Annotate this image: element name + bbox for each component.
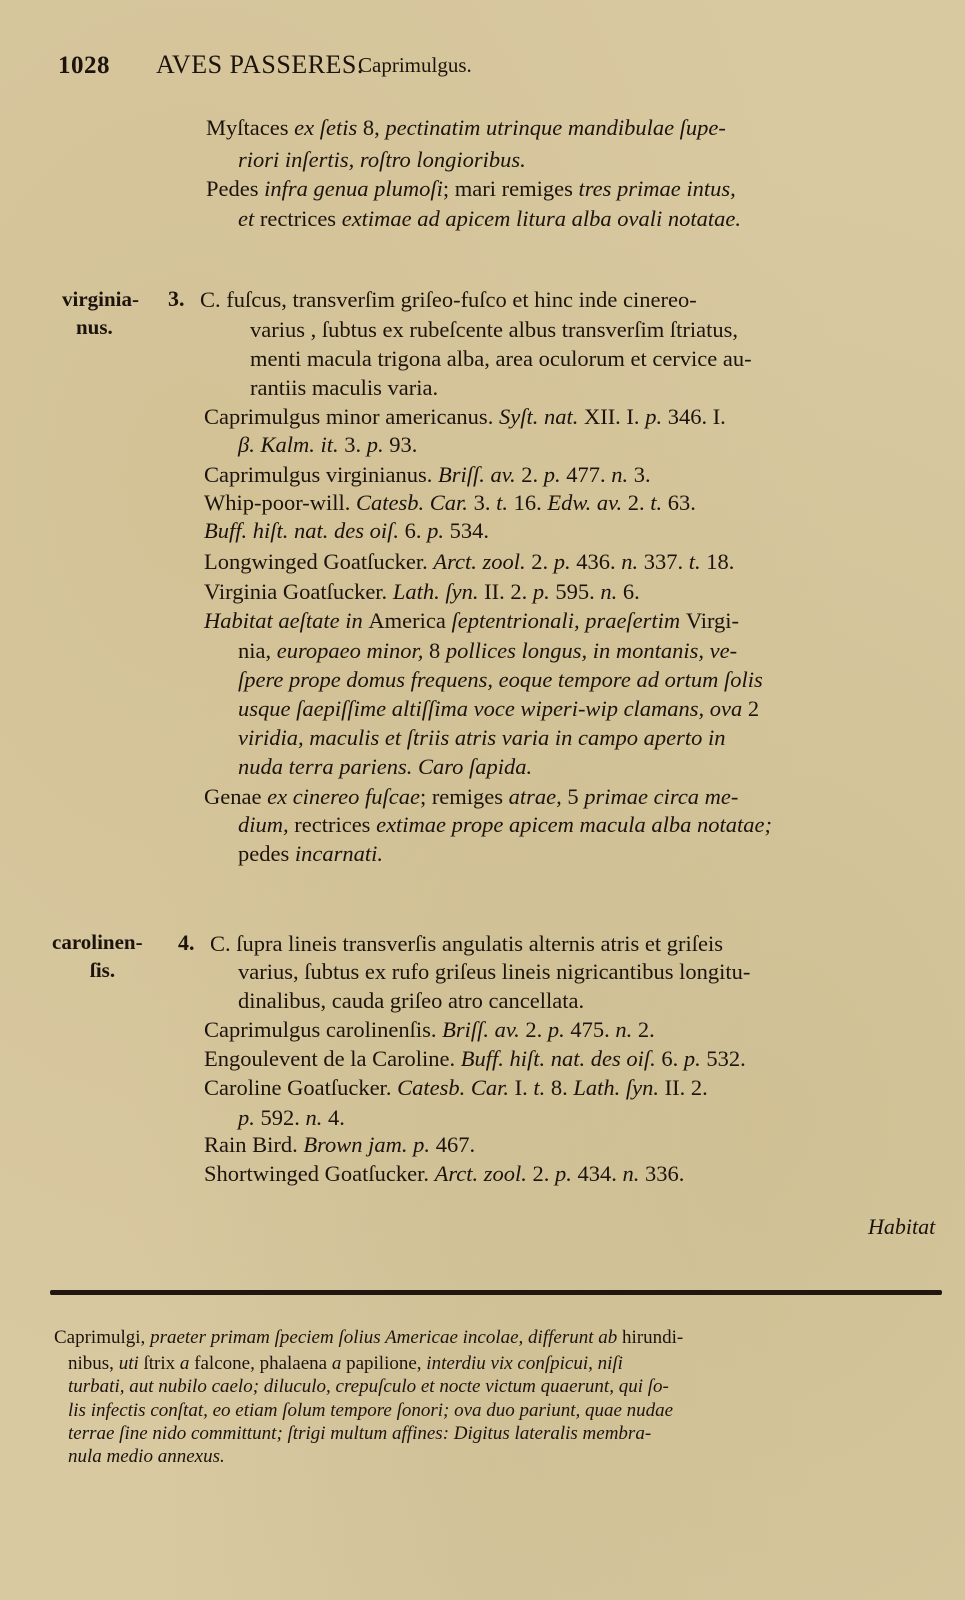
text-run: Briſſ. av. [442,1017,525,1042]
text-run: 336. [645,1161,684,1186]
species-number-4: 4. [178,930,195,956]
text-run: 346. I. [668,404,726,429]
text-run: β. Kalm. it. [238,432,344,457]
text-run: Rain Bird. [204,1132,303,1157]
text-run: varius, ſubtus ex rufo griſeus lineis ni… [238,959,750,984]
text-run: ex ſetis [294,115,363,140]
text-line: varius , ſubtus ex rubeſcente albus tran… [250,316,738,344]
text-run: t. [533,1075,551,1100]
text-run: 93. [389,432,417,457]
text-run: 8, [363,115,386,140]
text-run: 337. [644,549,689,574]
text-run: a [332,1353,346,1374]
text-line: pedes incarnati. [238,840,383,868]
text-line: dinalibus, cauda griſeo atro cancellata. [238,987,584,1015]
text-run: dium, [238,812,294,837]
text-run: Engoulevent de la Caroline. [204,1046,461,1071]
text-run: tres primae intus, [578,176,735,201]
text-run: 2. [533,1161,556,1186]
text-run: et [238,206,260,231]
text-line: et rectrices extimae ad apicem litura al… [238,205,741,233]
text-line: viridia, maculis et ſtriis atris varia i… [238,724,726,752]
text-line: usque ſaepiſſime altiſſima voce wiperi-w… [238,695,759,723]
text-run: 2. [521,462,544,487]
text-line: Shortwinged Goatſucker. Arct. zool. 2. p… [204,1160,684,1188]
text-run: 2. [628,490,651,515]
text-run: 4. [328,1105,345,1130]
text-run: infra genua plumoſi [264,176,443,201]
text-run: falcone, phalaena [194,1353,332,1374]
text-run: rantiis maculis varia. [250,375,438,400]
text-run: nuda terra pariens. Caro ſapida. [238,754,532,779]
text-run: extimae ad apicem litura alba ovali nota… [342,206,741,231]
text-run: dinalibus, cauda griſeo atro cancellata. [238,988,584,1013]
text-run: 434. [578,1161,623,1186]
text-run: menti macula trigona alba, area oculorum… [250,346,752,371]
text-run: nia, [238,638,277,663]
text-run: Myſtaces [206,115,294,140]
text-line: menti macula trigona alba, area oculorum… [250,345,752,373]
text-run: 475. [570,1017,615,1042]
species-name-carolinensis-2: ſis. [90,958,115,983]
text-run: Arct. zool. [435,1161,533,1186]
text-line: dium, rectrices extimae prope apicem mac… [238,811,772,839]
text-run: C. ſupra lineis transverſis angulatis al… [210,931,723,956]
text-run: 2. [531,549,554,574]
text-run: europaeo minor, [277,638,429,663]
text-run: p. [427,518,450,543]
text-run: incarnati. [295,841,383,866]
text-run: rectrices [260,206,342,231]
text-run: Catesb. Car. [397,1075,515,1100]
text-run: 467. [436,1132,475,1157]
text-run: I. [515,1075,534,1100]
text-line: varius, ſubtus ex rufo griſeus lineis ni… [238,958,750,986]
text-line: Caprimulgi, praeter primam ſpeciem ſoliu… [54,1326,683,1350]
text-run: Lath. ſyn. [573,1075,664,1100]
text-line: Longwinged Goatſucker. Arct. zool. 2. p.… [204,548,734,576]
text-run: interdiu vix conſpicui, niſi [426,1353,623,1374]
text-run: II. 2. [484,579,533,604]
text-run: nibus, [68,1353,119,1374]
text-run: Syſt. nat. [499,404,584,429]
text-run: primae circa me- [584,784,738,809]
text-run: Pedes [206,176,264,201]
text-run: lis infectis conſtat, eo etiam ſolum tem… [68,1400,673,1421]
text-run: a [180,1353,194,1374]
text-run: Arct. zool. [433,549,531,574]
text-run: ex cinereo fuſcae [267,784,420,809]
text-run: pollices longus, in montanis, ve- [446,638,737,663]
text-line: p. 592. n. 4. [238,1104,345,1132]
text-run: 534. [450,518,489,543]
text-run: Genae [204,784,267,809]
text-line: Virginia Goatſucker. Lath. ſyn. II. 2. p… [204,578,640,606]
text-run: Lath. ſyn. [393,579,484,604]
text-run: n. [611,462,634,487]
text-run: 18. [706,549,734,574]
text-line: nia, europaeo minor, 8 pollices longus, … [238,637,737,665]
text-run: Catesb. Car. [356,490,474,515]
text-line: C. fuſcus, transverſim griſeo-fuſco et h… [200,286,697,314]
text-run: viridia, maculis et ſtriis atris varia i… [238,725,726,750]
text-run: p. [645,404,668,429]
text-run: Caprimulgus minor americanus. [204,404,499,429]
text-line: Pedes infra genua plumoſi; mari remiges … [206,175,736,203]
text-run: 477. [566,462,611,487]
text-run: Caprimulgi, [54,1327,150,1348]
text-run: ſpere prope domus frequens, eoque tempor… [238,667,763,692]
text-run: atrae, [509,784,568,809]
footnote-divider [50,1290,942,1295]
text-run: nula medio annexus. [68,1446,225,1467]
text-run: t. [650,490,668,515]
text-run: rectrices [294,812,376,837]
text-run: ſeptentrionali, praeſertim [451,608,685,633]
text-run: p. [548,1017,571,1042]
text-run: Caprimulgus virginianus. [204,462,438,487]
text-run: n. [615,1017,638,1042]
text-run: n. [600,579,623,604]
text-run: 592. [261,1105,306,1130]
text-line: nuda terra pariens. Caro ſapida. [238,753,532,781]
text-run: 2 [748,696,759,721]
text-line: Caprimulgus virginianus. Briſſ. av. 2. p… [204,461,651,489]
text-run: p. [533,579,556,604]
text-run: 6. [405,518,428,543]
text-line: terrae ſine nido committunt; ſtrigi mult… [68,1422,651,1446]
text-line: Caprimulgus minor americanus. Syſt. nat.… [204,403,726,431]
text-line: Whip-poor-will. Catesb. Car. 3. t. 16. E… [204,489,696,517]
text-run: praeter primam ſpeciem ſolius Americae i… [150,1327,622,1348]
text-run: p. [367,432,390,457]
text-run: ; mari remiges [443,176,579,201]
text-run: Edw. av. [547,490,627,515]
text-run: C. fuſcus, transverſim griſeo-fuſco et h… [200,287,697,312]
text-run: 6. [623,579,640,604]
text-run: 2. [638,1017,655,1042]
text-line: nibus, uti ſtrix a falcone, phalaena a p… [68,1352,623,1376]
text-run: n. [623,1161,646,1186]
text-line: Caroline Goatſucker. Catesb. Car. I. t. … [204,1074,708,1102]
text-run: ; remiges [420,784,509,809]
text-run: Buff. hiſt. nat. des oiſ. [204,518,405,543]
species-name-virginianus-1: virginia- [62,287,139,312]
text-run: pedes [238,841,295,866]
text-run: Whip-poor-will. [204,490,356,515]
text-run: Habitat aeſtate in [204,608,368,633]
text-line: β. Kalm. it. 3. p. 93. [238,431,417,459]
text-line: rantiis maculis varia. [250,374,438,402]
text-run: varius , ſubtus ex rubeſcente albus tran… [250,317,738,342]
text-run: Virginia Goatſucker. [204,579,393,604]
text-run: Virgi- [686,608,739,633]
text-run: II. 2. [665,1075,708,1100]
text-run: n. [306,1105,329,1130]
text-line: Rain Bird. Brown jam. p. 467. [204,1131,475,1159]
text-line: Caprimulgus carolinenſis. Briſſ. av. 2. … [204,1016,655,1044]
running-title: AVES PASSERES. [156,50,364,80]
text-run: t. [496,490,514,515]
text-run: 16. [514,490,548,515]
text-run: Buff. hiſt. nat. des oiſ. [461,1046,662,1071]
species-name-virginianus-2: nus. [76,315,113,340]
text-run: 5 [567,784,584,809]
text-line: Myſtaces ex ſetis 8, pectinatim utrinque… [206,114,726,142]
text-line: turbati, aut nubilo caelo; diluculo, cre… [68,1375,669,1399]
text-line: Habitat aeſtate in America ſeptentrional… [204,607,739,635]
running-head-genus: Caprimulgus. [358,53,472,78]
text-run: p. [238,1105,261,1130]
text-run: 8 [429,638,446,663]
text-run: Brown jam. p. [303,1132,435,1157]
text-line: riori inſertis, roſtro longioribus. [238,146,526,174]
text-run: p. [544,462,567,487]
text-run: hirundi- [622,1327,683,1348]
text-run: papilione, [346,1353,426,1374]
text-run: pectinatim utrinque mandibulae ſupe- [385,115,726,140]
book-page: 1028 AVES PASSERES. Caprimulgus. Myſtace… [0,0,965,1600]
text-run: 6. [661,1046,684,1071]
text-run: n. [621,549,644,574]
text-run: 595. [555,579,600,604]
text-line: lis infectis conſtat, eo etiam ſolum tem… [68,1399,673,1423]
text-run: uti [119,1353,144,1374]
text-run: terrae ſine nido committunt; ſtrigi mult… [68,1423,651,1444]
text-run: XII. I. [584,404,645,429]
text-line: Engoulevent de la Caroline. Buff. hiſt. … [204,1045,746,1073]
text-run: 3. [634,462,651,487]
text-run: Longwinged Goatſucker. [204,549,433,574]
text-run: usque ſaepiſſime altiſſima voce wiperi-w… [238,696,748,721]
text-run: Caprimulgus carolinenſis. [204,1017,442,1042]
text-run: Caroline Goatſucker. [204,1075,397,1100]
page-number: 1028 [58,52,110,80]
text-run: riori inſertis, roſtro longioribus. [238,147,526,172]
text-run: 8. [551,1075,574,1100]
text-run: p. [684,1046,707,1071]
species-number-3: 3. [168,286,185,312]
catchword: Habitat [868,1214,935,1240]
text-run: p. [555,1161,578,1186]
text-line: C. ſupra lineis transverſis angulatis al… [210,930,723,958]
text-line: nula medio annexus. [68,1445,225,1469]
text-run: America [368,608,451,633]
text-run: 3. [344,432,367,457]
text-run: 63. [668,490,696,515]
text-run: p. [554,549,577,574]
text-line: Buff. hiſt. nat. des oiſ. 6. p. 534. [204,517,489,545]
text-run: ſtrix [144,1353,180,1374]
text-run: t. [689,549,707,574]
text-line: Genae ex cinereo fuſcae; remiges atrae, … [204,783,738,811]
text-run: 3. [474,490,497,515]
text-run: Shortwinged Goatſucker. [204,1161,435,1186]
text-run: 436. [576,549,621,574]
text-line: ſpere prope domus frequens, eoque tempor… [238,666,763,694]
text-run: Briſſ. av. [438,462,521,487]
text-run: turbati, aut nubilo caelo; diluculo, cre… [68,1376,669,1397]
text-run: 532. [706,1046,745,1071]
text-run: 2. [525,1017,548,1042]
species-name-carolinensis-1: carolinen- [52,930,143,955]
text-run: extimae prope apicem macula alba notatae… [376,812,772,837]
